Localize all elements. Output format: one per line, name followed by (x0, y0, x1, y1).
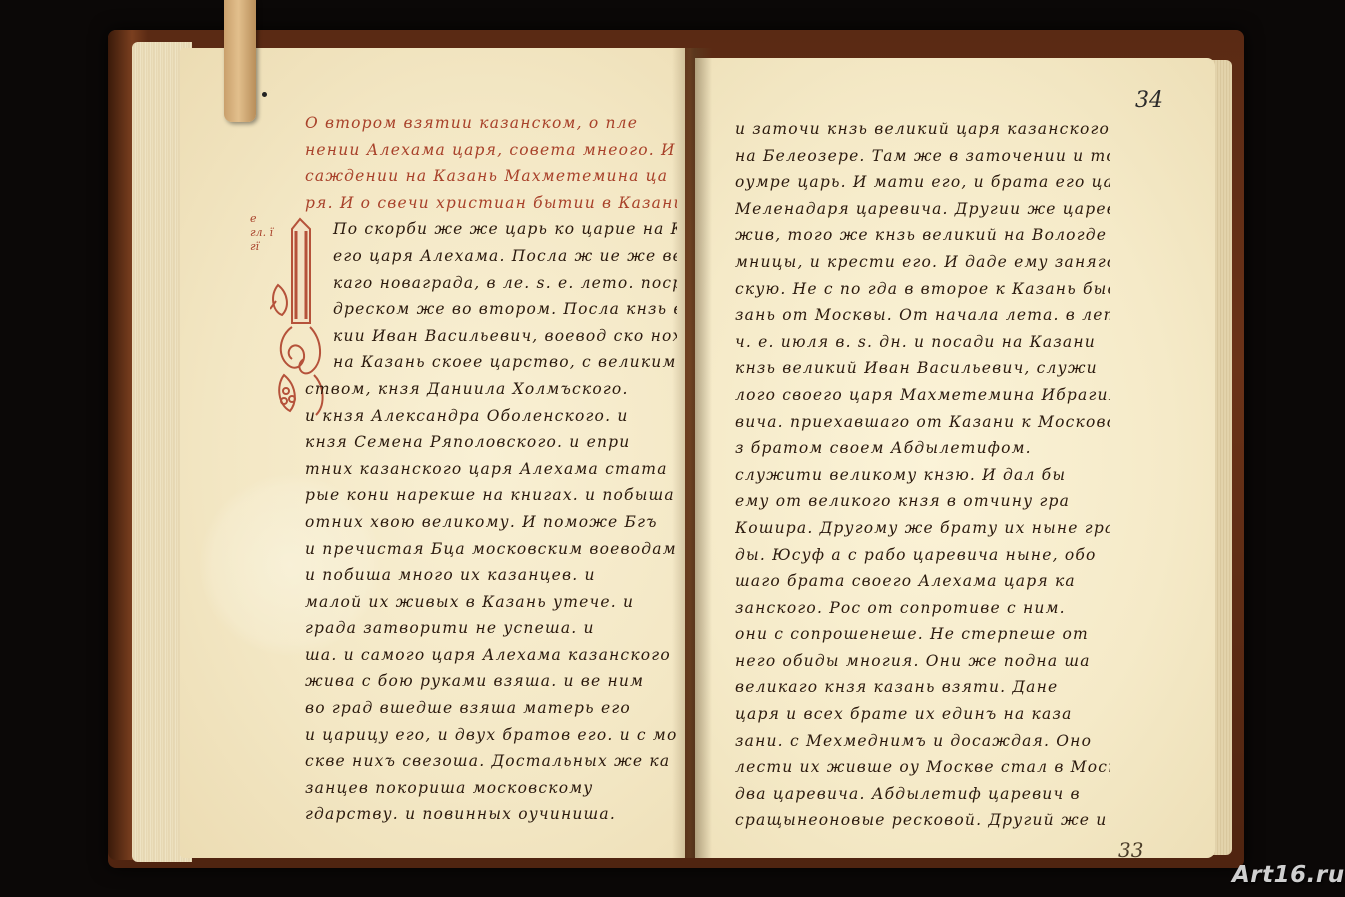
text-line: на Казань скоее царство, с великим воин (305, 349, 677, 376)
text-line: служити великому кнзю. И дал бы (735, 462, 1110, 489)
text-line: кии Иван Васильевич, воевод ско нох (305, 323, 677, 350)
text-line: ч. е. июля в. ѕ. дн. и посади на Казани (735, 329, 1110, 356)
text-line: ша. и самого царя Алехама казанского (305, 642, 677, 669)
book-gutter (672, 48, 712, 858)
rubric-line: ря. И о свечи христиан бытии в Казани. (305, 190, 677, 217)
text-line: тних казанского царя Алехама стата (305, 456, 677, 483)
text-line: Кошира. Другому же брату их ныне гра (735, 515, 1110, 542)
rubric-line: нении Алехама царя, совета мнеого. И о п… (305, 137, 677, 164)
text-line: его царя Алехама. Посла ж ие же вели (305, 243, 677, 270)
text-line: него обиды многия. Они же подна ша (735, 648, 1110, 675)
wooden-bookmark (224, 0, 256, 122)
rubric-line: О втором взятии казанском, о пле (305, 110, 677, 137)
text-line: вича. приехавшаго от Казани к Московске (735, 409, 1110, 436)
text-line: во град вшедше взяша матерь его (305, 695, 677, 722)
text-line: лести их живше оу Москве стал в Московье (735, 754, 1110, 781)
manuscript-photo: е гл. ї гї О втором взятии казанском, о … (0, 0, 1345, 897)
text-line: Меленадаря царевича. Другии же царевич о… (735, 196, 1110, 223)
text-line: малой их живых в Казань утече. и (305, 589, 677, 616)
text-line: По скорби же же царь ко царие на Казань … (305, 216, 677, 243)
text-line: зани. с Мехмеднимъ и досаждая. Оно (735, 728, 1110, 755)
text-line: жива с бою руками взяша. и ве ним (305, 668, 677, 695)
text-line: царя и всех брате их единъ на каза (735, 701, 1110, 728)
right-page-text: и заточи кнзь великий царя казанского на… (735, 116, 1110, 834)
text-line: занского. Рос от сопротиве с ним. (735, 595, 1110, 622)
text-line: занцев покориша московскому (305, 775, 677, 802)
left-page-text: О втором взятии казанском, о пле нении А… (305, 110, 677, 828)
text-line: они с сопрошенеше. Не стерпеше от (735, 621, 1110, 648)
text-line: дреском же во втором. Посла кнзь вели (305, 296, 677, 323)
text-line: великаго кнзя казань взяти. Дане (735, 674, 1110, 701)
text-line: и пречистая Бца московским воеводам. (305, 536, 677, 563)
text-line: жив, того же кнзь великий на Вологде на (735, 222, 1110, 249)
text-line: кнзь великий Иван Васильевич, служи (735, 355, 1110, 382)
text-line: отних хвою великому. И поможе Бгъ (305, 509, 677, 536)
text-line: на Белеозере. Там же в заточении и то (735, 143, 1110, 170)
text-line: два царевича. Абдылетиф царевич в (735, 781, 1110, 808)
text-line: и кнзя Александра Оболенского. и (305, 403, 677, 430)
text-line: сращынеоновые ресковой. Другий же и (735, 807, 1110, 834)
text-line: и царицу его, и двух братов его. и с мо (305, 722, 677, 749)
text-line: рые кони нарекше на книгах. и побыша (305, 482, 677, 509)
text-line: града затворити не успеша. и (305, 615, 677, 642)
text-line: з братом своем Абдылетифом. (735, 435, 1110, 462)
text-line: лого своего царя Махметемина Ибрагимо (735, 382, 1110, 409)
text-line: мницы, и крести его. И даде ему заняго д… (735, 249, 1110, 276)
text-line: и побиша много их казанцев. и (305, 562, 677, 589)
text-line: зань от Москвы. От начала лета. в лето ѕ (735, 302, 1110, 329)
text-line: ему от великого кнзя в отчину гра (735, 488, 1110, 515)
watermark: Art16.ru (1232, 862, 1345, 888)
folio-number-top: 34 (1135, 88, 1163, 113)
ink-blot (262, 92, 267, 97)
text-line: скве нихъ свезоша. Достальных же ка (305, 748, 677, 775)
text-line: кнзя Семена Ряполовского. и епри (305, 429, 677, 456)
text-line: ды. Юсуф а с рабо царевича ныне, обо (735, 542, 1110, 569)
folio-number-bottom: 33 (1118, 838, 1143, 862)
text-line: шаго брата своего Алехама царя ка (735, 568, 1110, 595)
text-line: гдарству. и повинных оучиниша. (305, 801, 677, 828)
text-line: каго новаграда, в ле. ѕ. е. лето. посре (305, 270, 677, 297)
rubric-line: саждении на Казань Махметемина ца (305, 163, 677, 190)
text-line: и заточи кнзь великий царя казанского (735, 116, 1110, 143)
text-line: скую. Не с по гда в второе к Казань быст… (735, 276, 1110, 303)
text-line: ством, кнзя Даниила Холмъского. (305, 376, 677, 403)
text-line: оумре царь. И мати его, и брата его царе… (735, 169, 1110, 196)
